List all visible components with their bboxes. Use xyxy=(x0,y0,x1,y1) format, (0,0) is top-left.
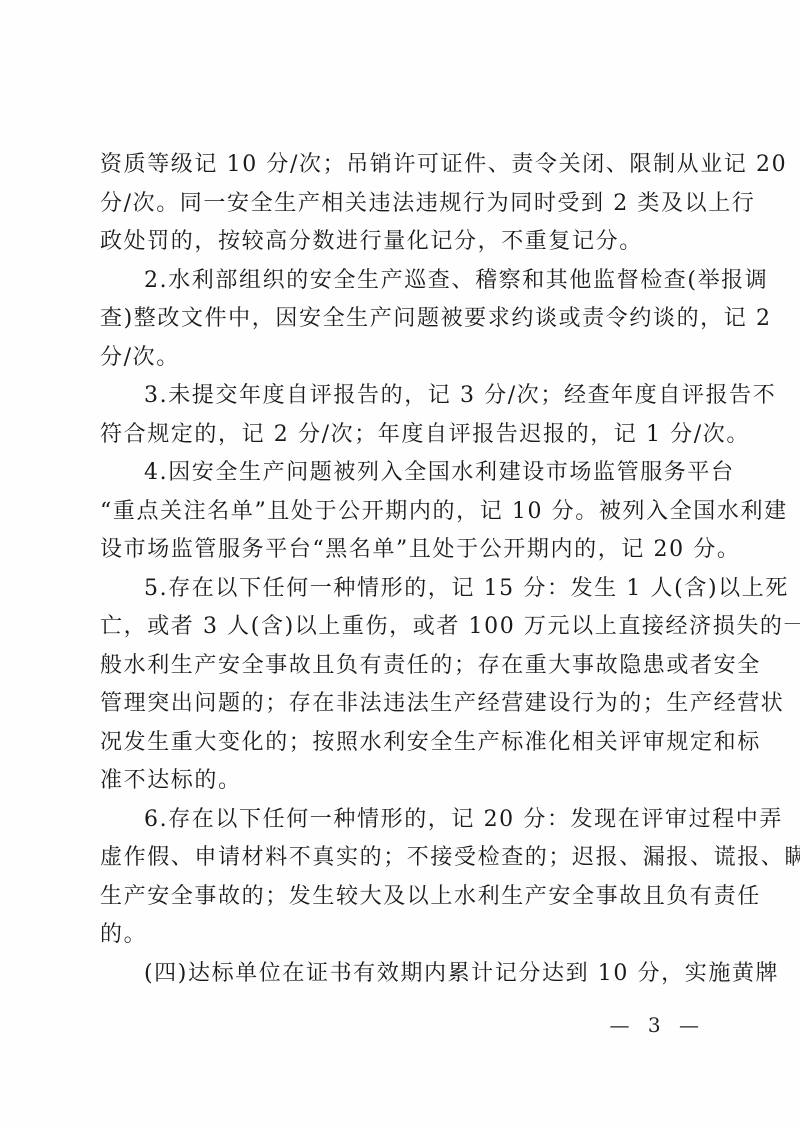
text-line: 设市场监管服务平台“黑名单”且处于公开期内的，记 20 分。 xyxy=(100,531,705,570)
text-line: 符合规定的，记 2 分/次；年度自评报告迟报的，记 1 分/次。 xyxy=(100,416,705,455)
page-number: — 3 — xyxy=(610,1013,705,1037)
paragraph-item-3: 3.未提交年度自评报告的，记 3 分/次；经查年度自评报告不 符合规定的，记 2… xyxy=(100,377,705,454)
text-line: 分/次。同一安全生产相关违法违规行为同时受到 2 类及以上行 xyxy=(100,185,705,224)
text-line: 6.存在以下任何一种情形的，记 20 分：发现在评审过程中弄 xyxy=(100,801,705,840)
text-line: 的。 xyxy=(100,916,705,955)
document-body: 资质等级记 10 分/次；吊销许可证件、责令关闭、限制从业记 20 分/次。同一… xyxy=(100,146,705,993)
text-line: 虚作假、申请材料不真实的；不接受检查的；迟报、漏报、谎报、瞒报 xyxy=(100,839,705,878)
paragraph-item-2: 2.水利部组织的安全生产巡查、稽察和其他监督检查(举报调 查)整改文件中，因安全… xyxy=(100,262,705,378)
text-line: 管理突出问题的；存在非法违法生产经营建设行为的；生产经营状 xyxy=(100,685,705,724)
text-line: 分/次。 xyxy=(100,339,705,378)
paragraph-section-4: (四)达标单位在证书有效期内累计记分达到 10 分，实施黄牌 xyxy=(100,955,705,994)
text-line: 生产安全事故的；发生较大及以上水利生产安全事故且负有责任 xyxy=(100,878,705,917)
text-line: 况发生重大变化的；按照水利安全生产标准化相关评审规定和标 xyxy=(100,724,705,763)
text-line: “重点关注名单”且处于公开期内的，记 10 分。被列入全国水利建 xyxy=(100,493,705,532)
paragraph-item-4: 4.因安全生产问题被列入全国水利建设市场监管服务平台 “重点关注名单”且处于公开… xyxy=(100,454,705,570)
text-line: 亡，或者 3 人(含)以上重伤，或者 100 万元以上直接经济损失的一 xyxy=(100,608,705,647)
text-line: 5.存在以下任何一种情形的，记 15 分：发生 1 人(含)以上死 xyxy=(100,570,705,609)
document-page: 资质等级记 10 分/次；吊销许可证件、责令关闭、限制从业记 20 分/次。同一… xyxy=(0,0,800,1131)
text-line: 准不达标的。 xyxy=(100,762,705,801)
paragraph-item-5: 5.存在以下任何一种情形的，记 15 分：发生 1 人(含)以上死 亡，或者 3… xyxy=(100,570,705,801)
text-line: 资质等级记 10 分/次；吊销许可证件、责令关闭、限制从业记 20 xyxy=(100,146,705,185)
text-line: (四)达标单位在证书有效期内累计记分达到 10 分，实施黄牌 xyxy=(100,955,705,994)
paragraph-intro-continued: 资质等级记 10 分/次；吊销许可证件、责令关闭、限制从业记 20 分/次。同一… xyxy=(100,146,705,262)
text-line: 4.因安全生产问题被列入全国水利建设市场监管服务平台 xyxy=(100,454,705,493)
text-line: 查)整改文件中，因安全生产问题被要求约谈或责令约谈的，记 2 xyxy=(100,300,705,339)
paragraph-item-6: 6.存在以下任何一种情形的，记 20 分：发现在评审过程中弄 虚作假、申请材料不… xyxy=(100,801,705,955)
text-line: 2.水利部组织的安全生产巡查、稽察和其他监督检查(举报调 xyxy=(100,262,705,301)
text-line: 政处罚的，按较高分数进行量化记分，不重复记分。 xyxy=(100,223,705,262)
text-line: 3.未提交年度自评报告的，记 3 分/次；经查年度自评报告不 xyxy=(100,377,705,416)
text-line: 般水利生产安全事故且负有责任的；存在重大事故隐患或者安全 xyxy=(100,647,705,686)
